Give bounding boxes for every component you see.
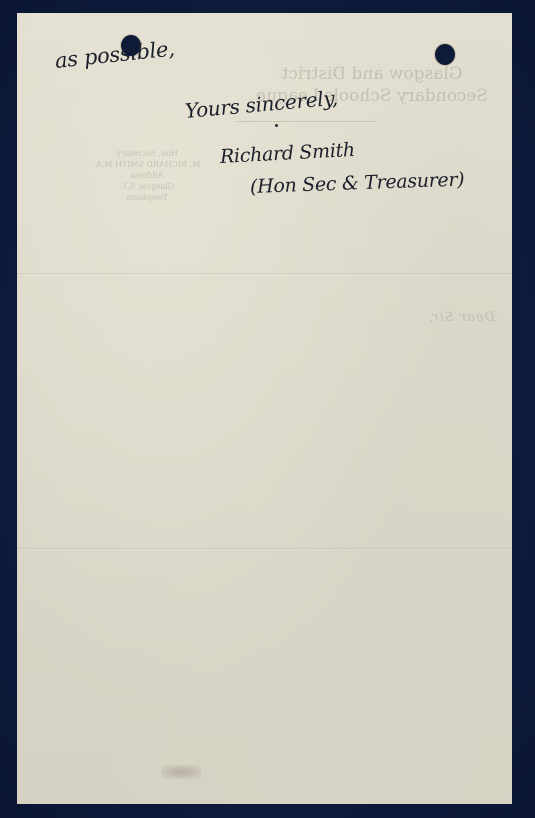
letterhead-line-1: Glasgow and District <box>242 63 502 85</box>
punch-hole-right <box>435 44 455 65</box>
ink-dot <box>275 124 278 127</box>
paper-stain <box>161 765 201 779</box>
ghost-line: Dear Sir, <box>45 303 495 333</box>
fold-line-upper <box>17 273 512 275</box>
handwritten-valediction: Yours sincerely, <box>184 86 339 123</box>
address-line: Glasgow, S.1. <box>77 181 217 192</box>
handwritten-closing-line: as possible, <box>54 37 176 73</box>
show-through-body: Dear Sir, <box>45 303 495 543</box>
ghost-line <box>45 423 495 453</box>
address-line: Hon. Secretary <box>77 148 217 159</box>
show-through-letterhead-address: Hon. Secretary M. RICHARD SMITH M.A. Add… <box>77 148 217 203</box>
fold-line-lower <box>17 548 512 550</box>
address-line: Address <box>77 170 217 181</box>
letter-page: Glasgow and District Secondary Schools L… <box>17 13 512 804</box>
handwritten-signatory-title: (Hon Sec & Treasurer) <box>250 169 465 198</box>
ghost-line <box>45 363 495 393</box>
ghost-line <box>45 453 495 483</box>
address-line: Telephone <box>77 192 217 203</box>
ghost-line <box>45 513 495 543</box>
ghost-line <box>45 333 495 363</box>
letterhead-divider <box>237 121 377 122</box>
ghost-line <box>45 393 495 423</box>
ghost-line <box>45 483 495 513</box>
handwritten-signature: Richard Smith <box>219 139 355 168</box>
address-line: M. RICHARD SMITH M.A. <box>77 159 217 170</box>
